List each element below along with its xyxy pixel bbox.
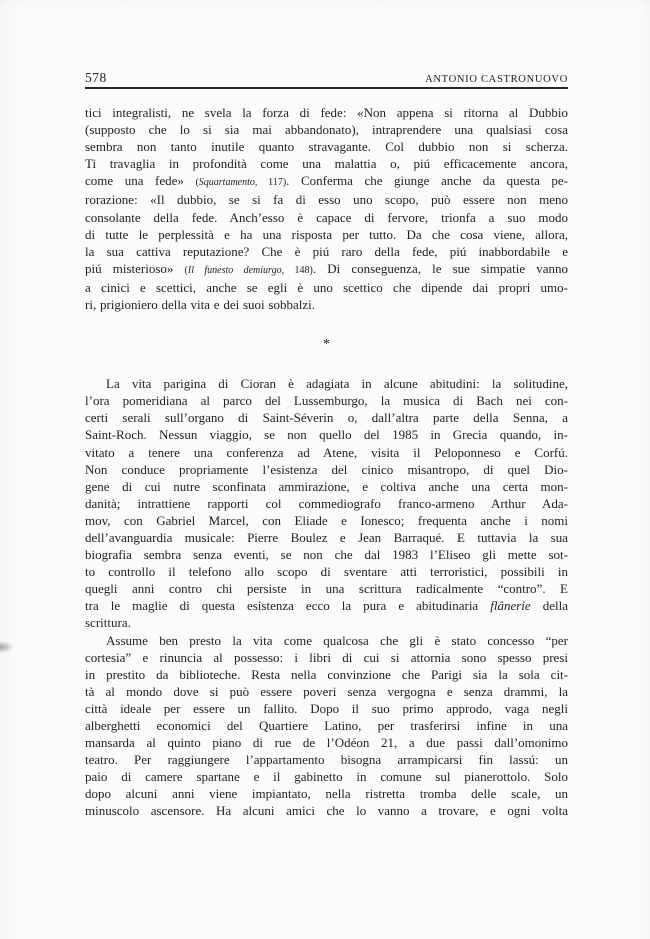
- text-segment: minuscolo ascensore. Ha alcuni amici che…: [85, 803, 568, 818]
- scan-artifact: [0, 641, 15, 653]
- text-line: to controllo il telefono allo scopo di s…: [85, 563, 568, 580]
- text-segment: sembra non tanto inutile quanto stravaga…: [85, 139, 568, 154]
- text-line: cortesia” e rinuncia al possesso: i libr…: [85, 649, 568, 666]
- text-segment: quegli anni contro chi persiste in una s…: [85, 581, 568, 596]
- page-header: 578 ANTONIO CASTRONUOVO: [85, 70, 568, 86]
- text-segment: della: [531, 598, 568, 613]
- text-line: dell’avanguardia musicale: Pierre Boulez…: [85, 529, 568, 546]
- paragraph: La vita parigina di Cioran è adagiata in…: [85, 375, 568, 631]
- text-segment: in prestito da biblioteche. Resta nella …: [85, 667, 568, 682]
- body-text: tici integralisti, ne svela la forza di …: [85, 104, 568, 820]
- text-line: Assume ben presto la vita come qualcosa …: [85, 632, 568, 649]
- text-segment: Saint-Roch. Nessun viaggio, se non quell…: [85, 427, 568, 442]
- text-line: rorazione: «Il dubbio, se si fa di esso …: [85, 191, 568, 208]
- text-segment: vitato a tenere una conferenza ad Atene,…: [85, 445, 568, 460]
- text-segment: , 117): [255, 177, 286, 188]
- text-line: scrittura.: [85, 614, 568, 631]
- text-line: La vita parigina di Cioran è adagiata in…: [85, 375, 568, 392]
- text-line: (supposto che lo si sia mai abbandonato)…: [85, 121, 568, 138]
- paragraph: tici integralisti, ne svela la forza di …: [85, 104, 568, 313]
- text-segment: scrittura.: [85, 615, 131, 630]
- text-line: danità; intrattiene rapporti col commedi…: [85, 495, 568, 512]
- text-segment: danità; intrattiene rapporti col commedi…: [85, 496, 568, 511]
- text-line: piú misterioso» (Il funesto demiurgo, 14…: [85, 260, 568, 279]
- text-segment: , 148): [282, 265, 313, 276]
- text-segment: alberghetti economici del Quartiere Lati…: [85, 718, 568, 733]
- text-segment: la sua cattiva reputazione? Che è piú ra…: [85, 244, 568, 259]
- text-segment: ri, prigioniero della vita e dei suoi so…: [85, 297, 315, 312]
- text-segment: to controllo il telefono allo scopo di s…: [85, 564, 568, 579]
- text-line: Saint-Roch. Nessun viaggio, se non quell…: [85, 426, 568, 443]
- text-segment: Il funesto demiurgo: [188, 265, 282, 276]
- text-segment: (supposto che lo si sia mai abbandonato)…: [85, 122, 568, 137]
- text-segment: di tutte le perplessità e ha una rispost…: [85, 227, 568, 242]
- text-segment: . Conferma che giunge anche da questa pe…: [286, 173, 568, 188]
- text-segment: teatro. Per raggiungere l’appartamento b…: [85, 752, 568, 767]
- text-segment: certi serali sull’organo di Saint-Séveri…: [85, 410, 568, 425]
- text-segment: mov, con Gabriel Marcel, con Eliade e Io…: [85, 513, 568, 528]
- text-segment: La vita parigina di Cioran è adagiata in…: [106, 376, 568, 391]
- text-line: tà al mondo dove si può essere poveri se…: [85, 683, 568, 700]
- text-segment: . Di conseguenza, le sue simpatie vanno: [313, 261, 568, 276]
- text-line: biografia sembra senza eventi, se non ch…: [85, 546, 568, 563]
- text-line: mansarda al quinto piano di rue de l’Odé…: [85, 734, 568, 751]
- text-line: a cinici e scettici, anche se egli è uno…: [85, 279, 568, 296]
- text-segment: tà al mondo dove si può essere poveri se…: [85, 684, 568, 699]
- text-segment: biografia sembra senza eventi, se non ch…: [85, 547, 568, 562]
- text-segment: paio di camere spartane e il gabinetto i…: [85, 769, 568, 784]
- text-line: mov, con Gabriel Marcel, con Eliade e Io…: [85, 512, 568, 529]
- text-line: in prestito da biblioteche. Resta nella …: [85, 666, 568, 683]
- text-segment: l’ora pomeridiana al parco del Lussembur…: [85, 393, 568, 408]
- text-line: come una fede» (Squartamento, 117). Conf…: [85, 172, 568, 191]
- text-segment: tici integralisti, ne svela la forza di …: [85, 105, 568, 120]
- section-separator: *: [85, 313, 568, 375]
- text-line: sembra non tanto inutile quanto stravaga…: [85, 138, 568, 155]
- text-segment: piú misterioso»: [85, 261, 185, 276]
- text-line: dopo alcuni anni viene impiantato, nella…: [85, 785, 568, 802]
- text-segment: città ideale per essere un fallito. Dopo…: [85, 701, 568, 716]
- text-line: tici integralisti, ne svela la forza di …: [85, 104, 568, 121]
- text-segment: a cinici e scettici, anche se egli è uno…: [85, 280, 568, 295]
- text-segment: dopo alcuni anni viene impiantato, nella…: [85, 786, 568, 801]
- text-segment: dell’avanguardia musicale: Pierre Boulez…: [85, 530, 568, 545]
- text-line: quegli anni contro chi persiste in una s…: [85, 580, 568, 597]
- text-line: minuscolo ascensore. Ha alcuni amici che…: [85, 802, 568, 819]
- text-line: certi serali sull’organo di Saint-Séveri…: [85, 409, 568, 426]
- text-segment: tra le maglie di questa esistenza ecco l…: [85, 598, 490, 613]
- text-line: la sua cattiva reputazione? Che è piú ra…: [85, 243, 568, 260]
- book-page: 578 ANTONIO CASTRONUOVO tici integralist…: [0, 0, 650, 939]
- text-line: l’ora pomeridiana al parco del Lussembur…: [85, 392, 568, 409]
- text-segment: Squartamento: [199, 177, 255, 188]
- text-segment: rorazione: «Il dubbio, se si fa di esso …: [85, 192, 568, 207]
- text-line: paio di camere spartane e il gabinetto i…: [85, 768, 568, 785]
- text-line: città ideale per essere un fallito. Dopo…: [85, 700, 568, 717]
- text-line: ri, prigioniero della vita e dei suoi so…: [85, 296, 568, 313]
- text-line: Non conduce propriamente l’esistenza del…: [85, 461, 568, 478]
- text-segment: gene di cui nutre sconfinata ammirazione…: [85, 479, 568, 494]
- text-line: di tutte le perplessità e ha una rispost…: [85, 226, 568, 243]
- text-segment: Assume ben presto la vita come qualcosa …: [106, 633, 568, 648]
- text-line: vitato a tenere una conferenza ad Atene,…: [85, 444, 568, 461]
- text-segment: Non conduce propriamente l’esistenza del…: [85, 462, 568, 477]
- text-line: gene di cui nutre sconfinata ammirazione…: [85, 478, 568, 495]
- text-segment: flânerie: [490, 598, 530, 613]
- paragraph: Assume ben presto la vita come qualcosa …: [85, 632, 568, 820]
- text-segment: Ti travaglia in profondità come una mala…: [85, 156, 568, 171]
- text-segment: come una fede»: [85, 173, 195, 188]
- running-head: ANTONIO CASTRONUOVO: [425, 74, 568, 85]
- page-number: 578: [85, 70, 107, 86]
- text-line: tra le maglie di questa esistenza ecco l…: [85, 597, 568, 614]
- header-rule: [85, 87, 568, 89]
- text-line: alberghetti economici del Quartiere Lati…: [85, 717, 568, 734]
- text-segment: mansarda al quinto piano di rue de l’Odé…: [85, 735, 568, 750]
- text-segment: cortesia” e rinuncia al possesso: i libr…: [85, 650, 568, 665]
- text-line: teatro. Per raggiungere l’appartamento b…: [85, 751, 568, 768]
- text-line: Ti travaglia in profondità come una mala…: [85, 155, 568, 172]
- text-segment: consolante della fede. Anch’esso è capac…: [85, 210, 568, 225]
- text-line: consolante della fede. Anch’esso è capac…: [85, 209, 568, 226]
